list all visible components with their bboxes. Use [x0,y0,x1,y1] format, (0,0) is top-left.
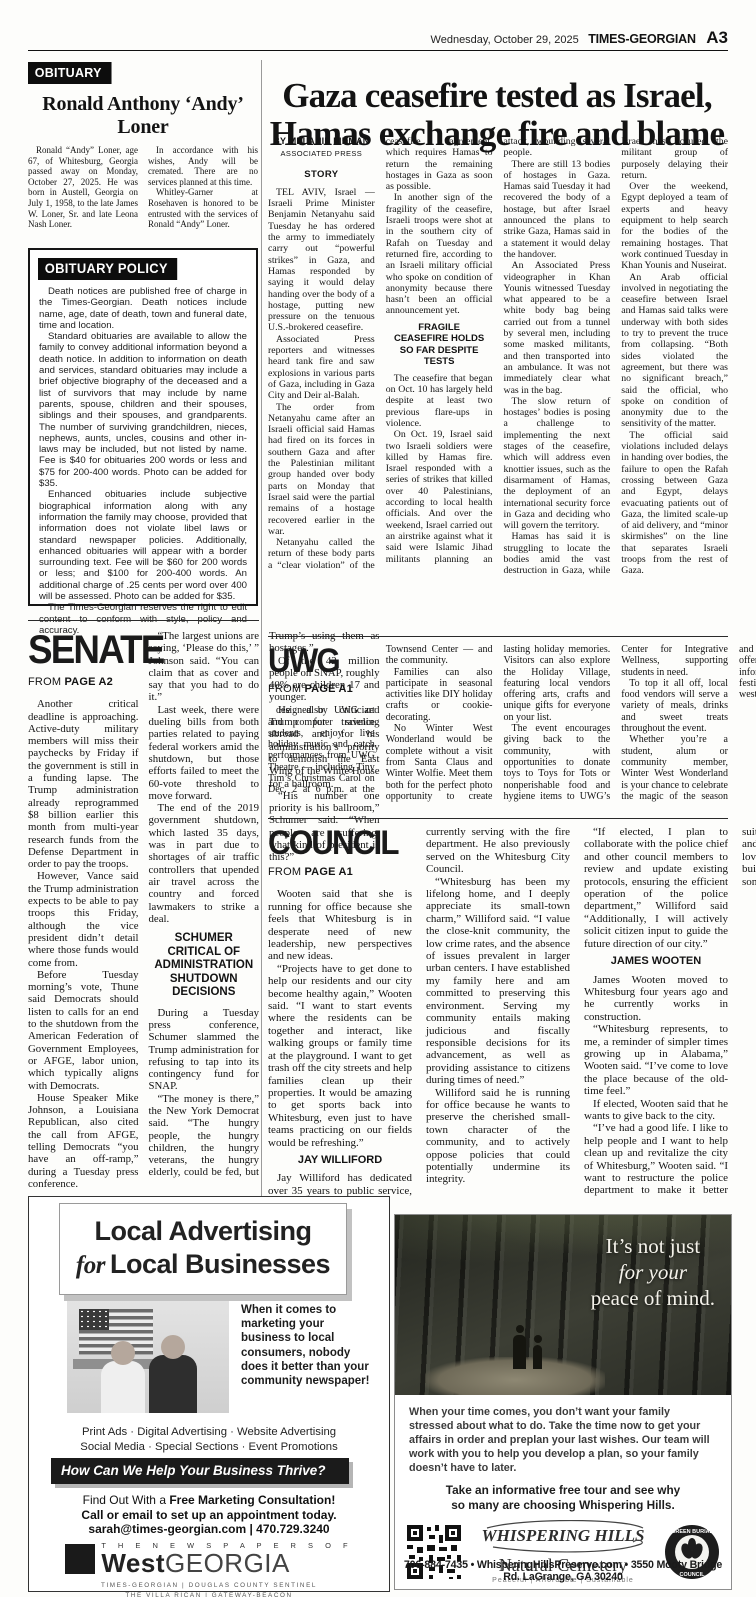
obituary-paragraph: Ronald “Andy” Loner, age 67, of Whitesbu… [28,145,138,230]
policy-paragraph: Death notices are published free of char… [39,286,247,331]
uwg-section: UWG FROM PAGE A1 designed by UWG art and… [268,644,728,812]
column-divider [261,60,262,1205]
council-paragraph: James Wooten moved to Whitesburg four ye… [584,974,728,1024]
ad-services-line2: Social Media · Special Sections · Event … [37,1440,381,1455]
article-paragraph: The ceasefire that began on Oct. 10 has … [386,373,493,429]
senate-paragraph: The end of the 2019 government shutdown,… [149,802,260,925]
ad-cta: Find Out With a Free Marketing Consultat… [37,1493,381,1537]
header-rule [28,50,728,51]
forest-photo: It’s not just for your peace of mind. [395,1215,731,1395]
ad-title-line2: forLocal Businesses [64,1249,342,1280]
svg-text:GREEN BURIAL: GREEN BURIAL [671,1529,714,1535]
council-paragraph: If elected, Wooten said that he wants to… [584,1098,728,1123]
from-word: FROM [268,683,301,695]
ad-services-line1: Print Ads · Digital Advertising · Websit… [37,1425,381,1440]
council-paragraph: Williford said he is running for office … [426,1087,570,1186]
council-section: COUNCIL FROM PAGE A1 Wooten said that sh… [268,826,728,1204]
council-paragraph: “Whitesburg has been my lifelong home, a… [426,876,570,1087]
logo-square-icon [65,1544,95,1574]
article-paragraph: Associated Press reporters and witnesses… [268,334,375,402]
article-paragraph: The order from Netanyahu came after an I… [268,402,375,538]
senate-subhead: SCHUMER CRITICAL OF ADMINISTRATION SHUTD… [151,932,258,1000]
obituary-policy-label: OBITUARY POLICY [38,258,177,280]
senate-paragraph: Last week, there were dueling bills from… [149,704,260,802]
uwg-paragraph: Families can also participate in seasona… [386,667,493,723]
page-header: Wednesday, October 29, 2025 TIMES-GEORGI… [431,28,728,48]
whispering-hills-ad: It’s not just for your peace of mind. Wh… [394,1214,732,1590]
logo-name: WestGEORGIA [101,1550,352,1576]
header-masthead: TIMES-GEORGIAN [588,32,696,46]
senate-paragraph: However, Vance said the Trump administra… [28,870,139,968]
from-word: FROM [28,676,61,688]
obituary-body: Ronald “Andy” Loner, age 67, of Whitesbu… [28,145,258,265]
ad-body-copy: When it comes to marketing your business… [241,1303,373,1388]
article-paragraph: There are still 13 bodies of hostages in… [504,159,611,261]
from-word: FROM [268,866,301,878]
article-credit: ASSOCIATED PRESS [268,148,375,159]
ad-contact-line: 706-884-7435 • WhisperingHillsPreserve.c… [403,1559,722,1583]
senate-paragraph: House Speaker Mike Johnson, a Louisiana … [28,1092,139,1190]
senate-section: SENATE FROM PAGE A2 Another critical dea… [28,630,259,1200]
council-subhead-williford: JAY WILLIFORD [270,1155,410,1167]
council-title: COUNCIL [268,826,400,860]
person-figure [533,1345,542,1369]
article-paragraph: An Arab official involved in negotiating… [621,272,728,430]
senate-header: SENATE FROM PAGE A2 [28,630,139,688]
article-byline: BY MELANIE LIDMAN [268,136,375,147]
uwg-header: UWG FROM PAGE A1 [268,644,375,695]
ad-title-line1: Local Advertising [64,1216,342,1247]
obituary-name: Ronald Anthony ‘Andy’ Loner [28,93,258,139]
article-lede-subhead: STORY [268,169,375,180]
logo-papers-line2: THE VILLA RICAN | GATEWAY-BEACON [29,1592,389,1597]
from-page-ref: PAGE A1 [304,866,352,878]
person-figure [513,1335,526,1369]
council-rule [268,818,728,819]
article-paragraph: An Associated Press videographer in Khan… [504,260,611,396]
whispering-hills-script: WHISPERING HILLS [473,1520,653,1554]
ad-photo [67,1301,229,1413]
flag-canton [79,1309,109,1330]
person-figure [101,1361,145,1413]
svg-text:WHISPERING HILLS: WHISPERING HILLS [482,1526,645,1545]
senate-paragraph: “The largest unions are saying, ‘Please … [149,630,260,704]
obituary-policy-body: Death notices are published free of char… [30,286,256,636]
ad-contact-line: sarah@times-georgian.com | 470.729.3240 [37,1522,381,1537]
policy-paragraph: Enhanced obituaries include subjective b… [39,489,247,602]
byline-block: BY MELANIE LIDMAN ASSOCIATED PRESS STORY [268,136,375,180]
ad-cta-line1: Find Out With a Free Marketing Consultat… [37,1493,381,1508]
ad-cta-line2: Call or email to set up an appointment t… [37,1508,381,1523]
article-paragraph: The slow return of hostages’ bodies is p… [504,396,611,532]
from-page-ref: PAGE A2 [64,676,112,688]
ad-headline-line2: for your [591,1259,715,1285]
senate-from-page: FROM PAGE A2 [28,676,139,688]
senate-rule [28,620,259,621]
newspaper-page: Wednesday, October 29, 2025 TIMES-GEORGI… [0,0,756,1597]
article-subhead: FRAGILE CEASEFIRE HOLDS SO FAR DESPITE T… [392,322,487,368]
senate-paragraph: Before Tuesday morning’s vote, Thune sai… [28,969,139,1092]
article-paragraph: TEL AVIV, Israel — Israeli Prime Ministe… [268,187,375,334]
obituary-paragraph: In accordance with his wishes, Andy will… [148,145,258,187]
obituary-section-label: OBITUARY [28,62,111,84]
senate-paragraph: Another critical deadline is approaching… [28,698,139,870]
ad-title-box: Local Advertising forLocal Businesses [59,1203,347,1295]
uwg-rule [268,636,728,637]
article-paragraph: Over the weekend, Egypt deployed a team … [621,181,728,271]
council-paragraph: “Whitesburg represents, to me, a reminde… [584,1023,728,1097]
policy-paragraph: Standard obituaries are available to all… [39,331,247,489]
ad-headline-line3: peace of mind. [591,1285,715,1311]
ad-tour-invite: Take an informative free tour and see wh… [395,1475,731,1512]
council-paragraph: “Projects have to get done to help our r… [268,963,412,1149]
article-paragraph: The official said violations included de… [621,430,728,577]
council-subhead-wooten: JAMES WOOTEN [586,956,726,968]
senate-paragraph: During a Tuesday press conference, Schum… [149,1007,260,1093]
ad-banner: How Can We Help Your Business Thrive? [51,1458,349,1484]
ad-services-list: Print Ads · Digital Advertising · Websit… [37,1425,381,1454]
council-header: COUNCIL FROM PAGE A1 [268,826,412,878]
from-page-ref: PAGE A1 [304,683,352,695]
ad-title-rest: Local Businesses [110,1249,330,1279]
header-date: Wednesday, October 29, 2025 [431,34,579,46]
ad-body-copy: When your time comes, you don’t want you… [395,1395,731,1475]
person-figure [149,1355,197,1413]
obituary-policy-box: OBITUARY POLICY Death notices are publis… [28,248,258,606]
council-from-page: FROM PAGE A1 [268,866,412,878]
senate-title: SENATE [28,630,130,670]
main-headline-line1: Gaza ceasefire tested as Israel, [282,76,712,115]
uwg-title: UWG [268,644,366,678]
article-paragraph: In another sign of the fragility of the … [386,192,493,316]
council-paragraph: Wooten said that she is running for offi… [268,888,412,962]
obituary-section: OBITUARY Ronald Anthony ‘Andy’ Loner Ron… [28,62,258,265]
logo-papers-line1: TIMES-GEORGIAN | DOUGLAS COUNTY SENTINEL [29,1582,389,1589]
council-paragraph: “If elected, I plan to collaborate with … [584,826,728,950]
local-advertising-ad: Local Advertising forLocal Businesses Wh… [28,1196,390,1592]
uwg-paragraph: To top it all off, local food vendors wi… [621,678,728,734]
westgeorgia-logo: T H E N E W S P A P E R S O F WestGEORGI… [29,1541,389,1597]
obituary-paragraph: Whitley-Garner at Rosehaven is honored t… [148,187,258,229]
ad-title-for: for [76,1252,105,1279]
ad-headline-line1: It’s not just [591,1233,715,1259]
uwg-from-page: FROM PAGE A1 [268,684,375,695]
header-page-number: A3 [706,28,728,47]
main-article-body: BY MELANIE LIDMAN ASSOCIATED PRESS STORY… [268,136,728,628]
ad-headline: It’s not just for your peace of mind. [591,1233,715,1311]
